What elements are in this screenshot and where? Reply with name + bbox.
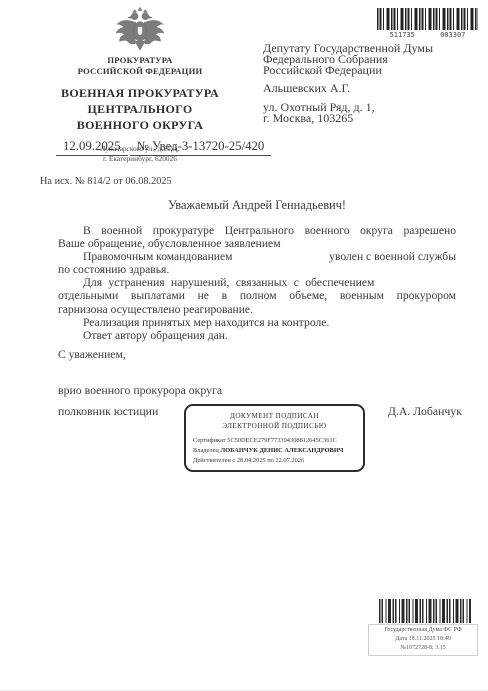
salutation: Уважаемый Андрей Геннадьевич! <box>58 198 456 213</box>
duma-stamp-line1: Государственная Дума ФС РФ <box>369 626 477 635</box>
barcode-digits-right: 003307 <box>440 31 465 39</box>
electronic-signature-stamp: ДОКУМЕНТ ПОДПИСАН ЭЛЕКТРОННОЙ ПОДПИСЬЮ С… <box>184 404 365 472</box>
outgoing-date: 12.09.2025 <box>56 139 128 156</box>
esign-title: ДОКУМЕНТ ПОДПИСАН ЭЛЕКТРОННОЙ ПОДПИСЬЮ <box>193 411 356 432</box>
esign-owner-label: Владелец <box>193 447 219 454</box>
agency-name: ПРОКУРАТУРА РОССИЙСКОЙ ФЕДЕРАЦИИ <box>25 55 255 77</box>
body-line-2: Ваше обращение, обусловленное заявлением <box>58 237 456 250</box>
recipient-title-line3: Российской Федерации <box>263 65 433 76</box>
body-line-3: Правомочным командованием уволен с военн… <box>58 250 456 263</box>
duma-registration-stamp: Государственная Дума ФС РФ Дата 18.11.20… <box>368 624 478 656</box>
duma-stamp-line2: Дата 18.11.2025 18:49 <box>369 635 477 644</box>
signer-name: Д.А. Лобанчук <box>388 404 462 419</box>
esign-owner-name: ЛОБАНЧУК ДЕНИС АЛЕКСАНДРОВИЧ <box>220 447 343 454</box>
recipient-address-line2: г. Москва, 103265 <box>263 113 433 124</box>
agency-line2: РОССИЙСКОЙ ФЕДЕРАЦИИ <box>25 66 255 77</box>
body-line-7: гарнизона осуществлено реагирование. <box>58 303 456 316</box>
org-line1: ВОЕННАЯ ПРОКУРАТУРА <box>25 86 255 102</box>
organization-name: ВОЕННАЯ ПРОКУРАТУРА ЦЕНТРАЛЬНОГО ВОЕННОГ… <box>25 86 255 133</box>
closing-phrase: С уважением, <box>58 348 126 361</box>
body-line-3-left: Правомочным командованием <box>83 250 232 263</box>
body-line-9: Ответ автору обращения дан. <box>58 329 456 342</box>
recipient-name: Альшевских А.Г. <box>263 83 433 94</box>
recipient-block: Депутату Государственной Думы Федерально… <box>263 43 433 124</box>
org-line2: ЦЕНТРАЛЬНОГО <box>25 102 255 118</box>
body-line-5: Для устранения нарушений, связанных с об… <box>58 276 456 289</box>
esign-certificate-line: Сертификат 5C50DECE279F773394308812645C3… <box>193 436 356 446</box>
letter-body: В военной прокуратуре Центрального военн… <box>58 224 456 342</box>
outgoing-number-line: 12.09.2025№ Увед-3-13720-25/420 <box>56 139 271 156</box>
esign-title-line1: ДОКУМЕНТ ПОДПИСАН <box>193 411 356 421</box>
signer-position-line1: врио военного прокурора округа <box>58 383 222 398</box>
barcode-digits-left: 511735 <box>390 31 415 39</box>
signer-position-line2: полковник юстиции <box>58 404 158 419</box>
incoming-reference: На исх. № 814/2 от 06.08.2025 <box>40 176 172 187</box>
esign-validity-line: Действителен с 28.04.2025 по 22.07.2026 <box>193 456 356 466</box>
esign-details: Сертификат 5C50DECE279F773394308812645C3… <box>193 436 356 466</box>
scanned-letter-page: ПРОКУРАТУРА РОССИЙСКОЙ ФЕДЕРАЦИИ ВОЕННАЯ… <box>0 0 488 691</box>
esign-owner-line: Владелец ЛОБАНЧУК ДЕНИС АЛЕКСАНДРОВИЧ <box>193 446 356 456</box>
body-line-6: отдельными выплатами не в полном объеме,… <box>58 289 456 302</box>
duma-stamp-line3: №1072728-8; 3.15 <box>369 644 477 653</box>
agency-line1: ПРОКУРАТУРА <box>25 55 255 66</box>
coat-of-arms-icon <box>113 6 167 52</box>
registration-barcode-digits: 511735 003307 <box>377 31 478 39</box>
registration-barcode <box>377 8 478 30</box>
outgoing-number: № Увед-3-13720-25/420 <box>130 139 272 156</box>
body-line-8: Реализация принятых мер находится на кон… <box>58 316 456 329</box>
esign-certificate-label: Сертификат <box>193 437 226 444</box>
body-line-4: по состоянию здравья. <box>58 263 456 276</box>
esign-certificate-value: 5C50DECE279F773394308812645C361C <box>227 437 337 444</box>
org-line3: ВОЕННОГО ОКРУГА <box>25 118 255 134</box>
esign-title-line2: ЭЛЕКТРОННОЙ ПОДПИСЬЮ <box>193 421 356 431</box>
duma-barcode <box>379 599 471 623</box>
body-line-1: В военной прокуратуре Центрального военн… <box>58 224 456 237</box>
body-line-3-right: уволен с военной службы <box>329 250 456 263</box>
